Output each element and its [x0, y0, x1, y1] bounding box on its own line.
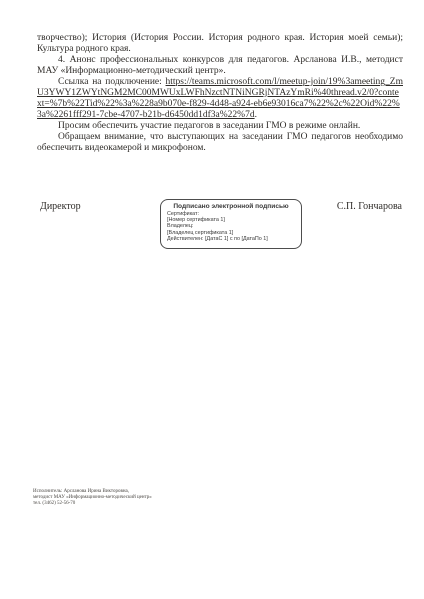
signer-position-title: Директор — [40, 201, 81, 212]
footer-executor-phone: тел. (3462) 52-56-70 — [33, 501, 152, 507]
link-suffix: . — [255, 110, 257, 120]
stamp-title: Подписано электронной подписью — [167, 203, 295, 211]
paragraph-announcement: 4. Анонс профессиональных конкурсов для … — [37, 55, 403, 77]
executor-footer: Исполнитель: Арсланова Ирина Викторовна,… — [33, 489, 152, 508]
document-body: творчество); История (История России. Ис… — [37, 33, 403, 154]
paragraph-camera-note: Обращаем внимание, что выступающих на за… — [37, 132, 403, 154]
connection-link-paragraph: Ссылка на подключение: https://teams.mic… — [37, 77, 403, 121]
link-label: Ссылка на подключение: — [58, 77, 162, 87]
paragraph-topics: творчество); История (История России. Ис… — [37, 33, 403, 55]
document-page: творчество); История (История России. Ис… — [0, 0, 424, 599]
signer-name: С.П. Гончарова — [337, 201, 402, 212]
digital-signature-stamp: Подписано электронной подписью Сертифика… — [160, 199, 302, 249]
paragraph-participation-request: Просим обеспечить участие педагогов в за… — [37, 121, 403, 132]
stamp-line-validity: Действителен: [ДатаС 1] с по [ДатаПо 1] — [167, 236, 295, 242]
